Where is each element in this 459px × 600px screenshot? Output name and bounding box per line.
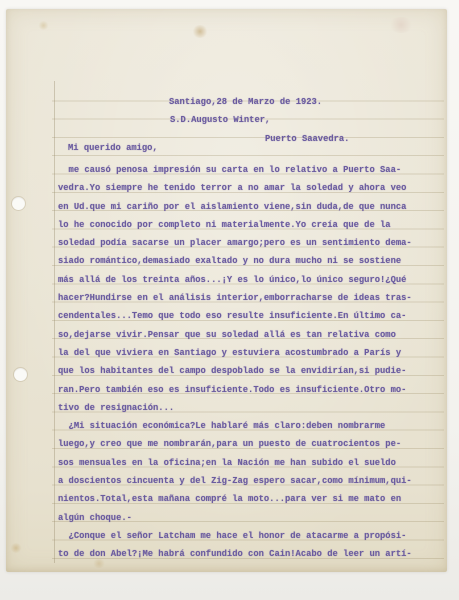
- paper-stain: [10, 543, 22, 553]
- letter-body-line: que los habitantes del campo despoblado …: [58, 362, 430, 380]
- letter-body-line: en Ud.que mi cariño por el aislamiento v…: [58, 198, 430, 216]
- letter-body-line: ran.Pero también eso es insuficiente.Tod…: [58, 381, 430, 399]
- letter-recipient-place: Puerto Saavedra.: [265, 134, 349, 144]
- letter-body-line: soledad podía sacarse un placer amargo;p…: [58, 234, 430, 252]
- letter-body-line: sos mensuales en la oficina;en la Nación…: [58, 454, 430, 472]
- letter-body-line: me causó penosa impresión su carta en lo…: [58, 161, 430, 179]
- letter-body-line: siado romántico,demasiado exaltado y no …: [58, 252, 430, 270]
- letter-place-date: Santiago,28 de Marzo de 1923.: [169, 97, 322, 107]
- letter-body-line: so,dejarse vivir.Pensar que su soledad a…: [58, 326, 430, 344]
- letter-salutation: Mi querido amigo,: [68, 143, 158, 153]
- letter-body-line: to de don Abel?¡Me habrá confundido con …: [58, 545, 430, 563]
- letter-body-line: más allá de los treinta años...¡Y es lo …: [58, 271, 430, 289]
- letter-body-line: tivo de resignación...: [58, 399, 430, 417]
- letter-body-line: ¿Conque el señor Latcham me hace el hono…: [58, 527, 430, 545]
- letter-page: Santiago,28 de Marzo de 1923. S.D.August…: [6, 9, 447, 572]
- letter-body-line: algún choque.-: [58, 509, 430, 527]
- letter-body-line: cendentales...Temo que todo eso resulte …: [58, 307, 430, 325]
- paper-stain: [38, 21, 49, 30]
- letter-body-line: nientos.Total,esta mañana compré la moto…: [58, 490, 430, 508]
- letter-body-line: lo he conocido por completo ni materialm…: [58, 216, 430, 234]
- letter-body-line: hacer?Hundirse en el análisis interior,e…: [58, 289, 430, 307]
- letter-recipient: S.D.Augusto Winter,: [170, 115, 270, 125]
- letter-body-line: a doscientos cincuenta y del Zig-Zag esp…: [58, 472, 430, 490]
- margin-line: [54, 81, 55, 563]
- letter-body-line: vedra.Yo siempre he tenido terror a no a…: [58, 179, 430, 197]
- letter-body-line: la del que viviera en Santiago y estuvie…: [58, 344, 430, 362]
- letter-body-line: luego,y creo que me nombrarán,para un pu…: [58, 435, 430, 453]
- punch-hole: [14, 368, 27, 381]
- letter-body: me causó penosa impresión su carta en lo…: [58, 161, 430, 564]
- letter-body-line: ¿Mi situación económica?Le hablaré más c…: [58, 417, 430, 435]
- scanner-background: { "letter": { "place_date": "Santiago,28…: [0, 0, 459, 600]
- paper-stain: [388, 17, 414, 33]
- paper-stain: [192, 25, 208, 38]
- punch-hole: [12, 197, 25, 210]
